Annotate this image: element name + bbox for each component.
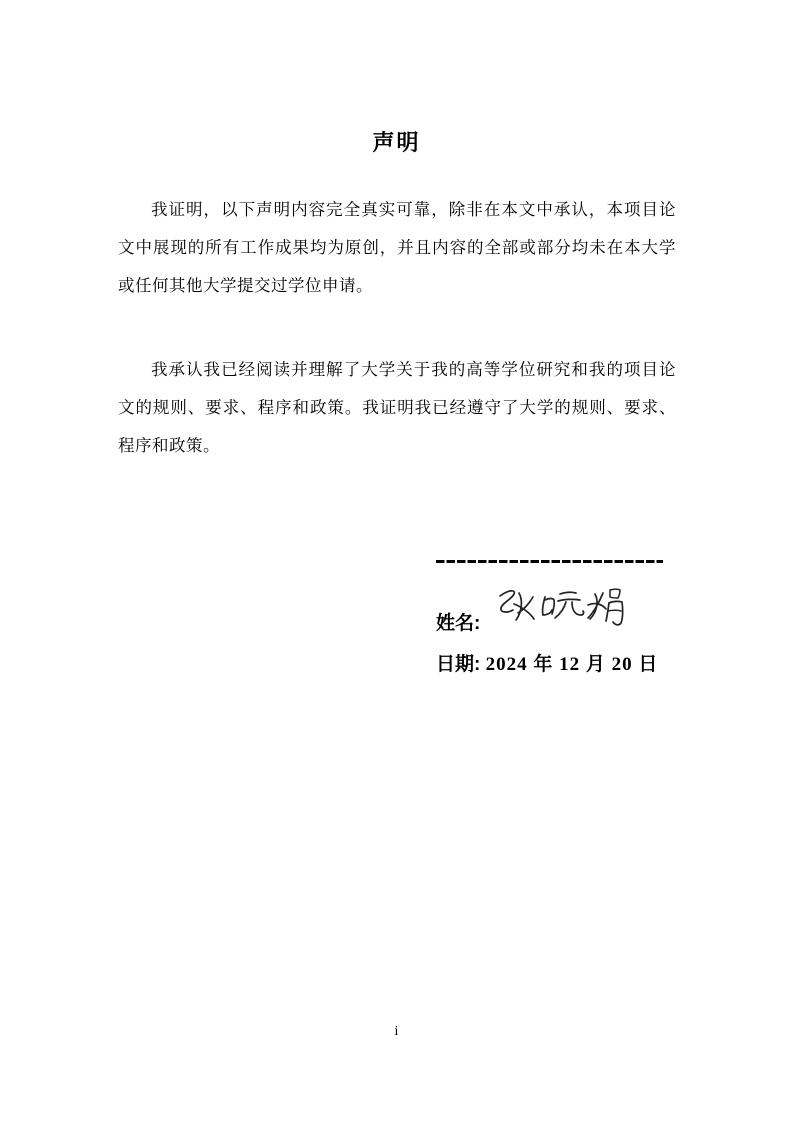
declaration-paragraph-2: 我承认我已经阅读并理解了大学关于我的高等学位研究和我的项目论文的规则、要求、程序… [118,351,676,465]
signature-strokes [492,580,630,636]
name-row: 姓名: [436,589,676,635]
handwritten-signature: 张晓娟 [492,580,630,641]
date-value: 2024 年 12 月 20 日 [486,654,659,675]
page-number: i [0,1024,793,1040]
date-label: 日期: [436,654,480,675]
declaration-paragraph-1: 我证明，以下声明内容完全真实可靠，除非在本文中承认，本项目论文中展现的所有工作成… [118,191,676,305]
signature-name-text: 张晓娟 [630,580,631,581]
signature-block: 姓名: [436,560,676,676]
page-title: 声明 [0,0,793,157]
declaration-body: 我证明，以下声明内容完全真实可靠，除非在本文中承认，本项目论文中展现的所有工作成… [118,191,676,465]
signature-dashed-line [436,560,663,563]
declaration-page: 声明 我证明，以下声明内容完全真实可靠，除非在本文中承认，本项目论文中展现的所有… [0,0,793,1122]
name-label: 姓名: [436,608,480,635]
date-row: 日期: 2024 年 12 月 20 日 [436,649,676,676]
